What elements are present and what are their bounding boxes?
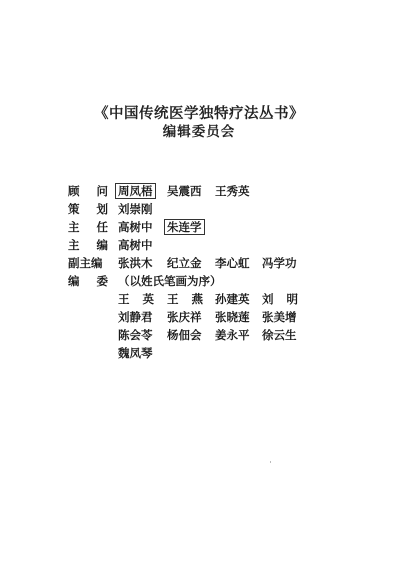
role-char: 主 — [68, 218, 80, 236]
role-label-director: 主 任 — [68, 218, 108, 236]
member-name: 陈会苓 — [118, 326, 153, 344]
member-name: 王 英 — [118, 290, 154, 308]
role-char: 编 — [68, 272, 80, 290]
member-name: 刘崇刚 — [118, 200, 153, 218]
name-char: 明 — [287, 290, 299, 308]
member-name: 刘 明 — [262, 290, 298, 308]
member-name: 王秀英 — [215, 182, 250, 200]
member-name: 李心虹 — [215, 254, 250, 272]
name-char: 英 — [143, 290, 155, 308]
roster-row-deputy-editors: 副主编 张洪木 纪立金 李心虹 冯学功 — [68, 254, 358, 272]
role-char: 策 — [68, 200, 80, 218]
member-name: 张洪木 — [118, 254, 153, 272]
member-name: 朱连学 — [167, 218, 205, 236]
ordering-note: （以姓氏笔画为序） — [118, 272, 222, 290]
scan-artifact — [270, 461, 271, 463]
series-title: 《中国传统医学独特疗法丛书》 — [0, 104, 398, 123]
roster-row-advisors: 顾 问 周凤梧 吴震西 王秀英 — [68, 182, 358, 200]
member-name: 张晓莲 — [215, 308, 250, 326]
role-label-committee: 编 委 — [68, 272, 108, 290]
editorial-roster: 顾 问 周凤梧 吴震西 王秀英 策 划 刘崇刚 主 任 高树中 朱连学 主 编 … — [68, 182, 358, 362]
member-name: 周凤梧 — [118, 182, 156, 200]
member-name: 高树中 — [118, 218, 153, 236]
role-char: 副主编 — [68, 254, 103, 272]
member-name: 姜永平 — [215, 326, 250, 344]
roster-row-director: 主 任 高树中 朱连学 — [68, 218, 358, 236]
roster-row-chief-editor: 主 编 高树中 — [68, 236, 358, 254]
roster-row-committee: 编 委 （以姓氏笔画为序） — [68, 272, 358, 290]
member-name: 王 燕 — [167, 290, 203, 308]
name-char: 王 — [167, 290, 179, 308]
boxed-name: 朱连学 — [164, 219, 205, 235]
document-header: 《中国传统医学独特疗法丛书》 编辑委员会 — [0, 104, 398, 142]
role-label-advisors: 顾 问 — [68, 182, 108, 200]
boxed-name: 周凤梧 — [115, 183, 156, 199]
role-char: 编 — [97, 236, 109, 254]
committee-heading: 编辑委员会 — [0, 123, 398, 142]
member-name: 高树中 — [118, 236, 153, 254]
member-name: 张庆祥 — [167, 308, 202, 326]
member-name: 张美增 — [262, 308, 297, 326]
committee-members-row: 魏凤琴 — [68, 344, 358, 362]
member-name: 冯学功 — [262, 254, 297, 272]
committee-members-row: 王 英 王 燕 孙建英 刘 明 — [68, 290, 358, 308]
role-char: 问 — [97, 182, 109, 200]
member-name: 吴震西 — [167, 182, 202, 200]
member-name: 刘静君 — [118, 308, 153, 326]
committee-members-row: 刘静君 张庆祥 张晓莲 张美增 — [68, 308, 358, 326]
role-char: 任 — [97, 218, 109, 236]
name-char: 燕 — [192, 290, 204, 308]
role-char: 主 — [68, 236, 80, 254]
member-name: 徐云生 — [262, 326, 297, 344]
member-name: 孙建英 — [215, 290, 250, 308]
role-char: 委 — [97, 272, 109, 290]
role-char: 顾 — [68, 182, 80, 200]
role-label-chief-editor: 主 编 — [68, 236, 108, 254]
committee-members-row: 陈会苓 杨佃会 姜永平 徐云生 — [68, 326, 358, 344]
roster-row-planning: 策 划 刘崇刚 — [68, 200, 358, 218]
member-name: 杨佃会 — [167, 326, 202, 344]
role-label-planning: 策 划 — [68, 200, 108, 218]
role-label-deputy-editors: 副主编 — [68, 254, 108, 272]
name-char: 刘 — [262, 290, 274, 308]
member-name: 纪立金 — [167, 254, 202, 272]
name-char: 王 — [118, 290, 130, 308]
role-char: 划 — [97, 200, 109, 218]
member-name: 魏凤琴 — [118, 344, 153, 362]
